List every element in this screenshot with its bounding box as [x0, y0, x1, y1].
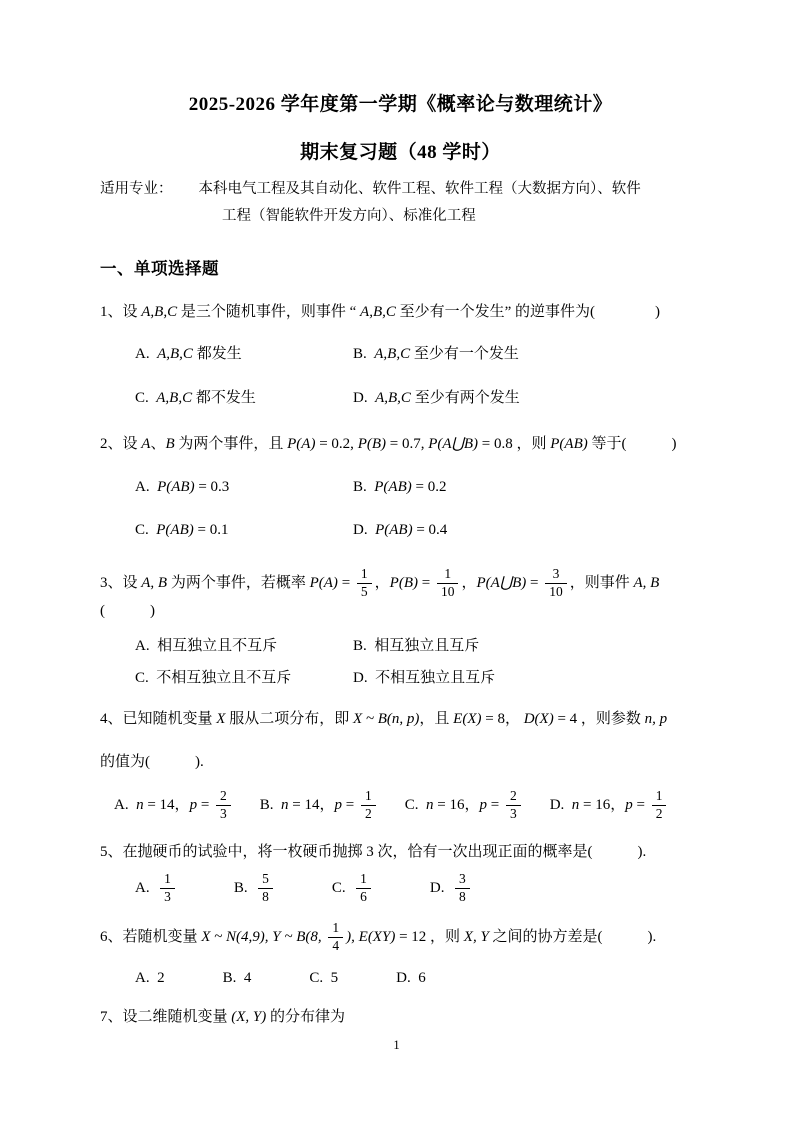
text-run: 、 — [150, 436, 165, 452]
fraction-numerator: 1 — [160, 871, 175, 889]
majors-line-1: 适用专业：本科电气工程及其自动化、软件工程、软件工程（大数据方向）、软件 — [100, 176, 701, 204]
math-expression: X ~ B(n, p) — [353, 711, 419, 727]
math-expression: P(A⋃B) — [476, 575, 526, 591]
text-run: = 14， — [144, 797, 190, 813]
math-expression: P(A⋃B) — [428, 436, 478, 452]
math-expression: E(X) — [453, 711, 481, 727]
math-expression: P(AB) — [374, 479, 411, 495]
text-run: B. 相互独立且互斥 — [353, 638, 479, 654]
math-expression: A,B,C — [141, 304, 177, 320]
question-2-stem: 2、设 A、B 为两个事件，且 P(A) = 0.2, P(B) = 0.7, … — [100, 433, 701, 456]
text-run: = — [338, 575, 354, 591]
question-3-option-c: C. 不相互独立且不互斥 — [135, 667, 353, 690]
math-expression: P(A) — [287, 436, 315, 452]
majors-text-line1: 本科电气工程及其自动化、软件工程、软件工程（大数据方向）、软件 — [199, 181, 641, 197]
fraction: 14 — [328, 920, 343, 955]
question-3-option-d: D. 不相互独立且互斥 — [353, 667, 701, 690]
text-run: B. — [353, 346, 374, 362]
fraction-denominator: 8 — [258, 889, 273, 906]
text-run: D. — [550, 797, 572, 813]
fraction: 23 — [506, 788, 521, 823]
question-4: 4、已知随机变量 X 服从二项分布，即 X ~ B(n, p)，且 E(X) =… — [100, 708, 701, 823]
text-run: D. 6 — [396, 970, 426, 986]
question-4-stem-line2: 的值为( ). — [100, 751, 701, 774]
question-1-option-c: C. A,B,C 都不发生 — [135, 387, 353, 410]
question-5-stem: 5、在抛硬币的试验中，将一枚硬币抛掷 3 次，恰有一次出现正面的概率是( ). — [100, 841, 701, 864]
text-run: 的值为( ). — [100, 754, 204, 770]
fraction: 15 — [357, 566, 372, 601]
text-run: A. — [135, 346, 157, 362]
math-expression: p — [479, 797, 487, 813]
majors-text-line2: 工程（智能软件开发方向）、标准化工程 — [100, 203, 701, 231]
section-heading-single-choice: 一、单项选择题 — [100, 255, 701, 279]
page-number: 1 — [0, 1038, 793, 1053]
question-2-option-a: A. P(AB) = 0.3 — [135, 476, 353, 499]
fraction-numerator: 1 — [328, 920, 343, 938]
math-expression: n — [281, 797, 289, 813]
text-run: = — [197, 797, 213, 813]
question-2-options: A. P(AB) = 0.3 B. P(AB) = 0.2 C. P(AB) =… — [100, 476, 701, 542]
text-run: C. — [405, 797, 426, 813]
question-4-option-d: D. n = 16，p = 12 — [550, 788, 670, 823]
text-run: B. — [260, 797, 281, 813]
question-4-option-c: C. n = 16，p = 23 — [405, 788, 524, 823]
question-3-option-a: A. 相互独立且不互斥 — [135, 635, 353, 658]
fraction-denominator: 3 — [216, 806, 231, 823]
text-run: = 12 ，则 — [395, 929, 463, 945]
question-1-options: A. A,B,C 都发生 B. A,B,C 至少有一个发生 C. A,B,C 都… — [100, 343, 701, 409]
text-run: A. — [135, 479, 157, 495]
text-run: D. 不相互独立且互斥 — [353, 670, 495, 686]
question-1-option-d: D. A,B,C 至少有两个发生 — [353, 387, 701, 410]
document-subtitle: 期末复习题（48 学时） — [100, 137, 701, 164]
question-4-option-b: B. n = 14，p = 12 — [260, 788, 379, 823]
text-run: C. — [332, 880, 353, 896]
text-run: = — [633, 797, 649, 813]
text-run: B. 4 — [223, 970, 252, 986]
fraction-numerator: 2 — [506, 788, 521, 806]
text-run: A. 相互独立且不互斥 — [135, 638, 277, 654]
text-run: = 0.2, — [315, 436, 357, 452]
text-run: = 0.3 — [195, 479, 230, 495]
text-run: = 0.7, — [386, 436, 428, 452]
question-6-option-a: A. 2 — [135, 967, 165, 990]
question-4-stem-line1: 4、已知随机变量 X 服从二项分布，即 X ~ B(n, p)，且 E(X) =… — [100, 708, 701, 731]
fraction-denominator: 5 — [357, 584, 372, 601]
fraction-denominator: 10 — [437, 584, 459, 601]
math-expression: p — [625, 797, 633, 813]
question-3-options: A. 相互独立且不互斥 B. 相互独立且互斥 C. 不相互独立且不互斥 D. 不… — [100, 635, 701, 690]
math-expression: n, p — [645, 711, 668, 727]
text-run: 的分布律为 — [266, 1009, 345, 1025]
text-run: ， — [461, 575, 476, 591]
math-expression: X, Y — [464, 929, 489, 945]
text-run: = 0.8 ，则 — [478, 436, 550, 452]
fraction: 38 — [455, 871, 470, 906]
question-4-option-a: A. n = 14，p = 23 — [114, 788, 234, 823]
question-3-option-b: B. 相互独立且互斥 — [353, 635, 701, 658]
math-expression: B — [165, 436, 174, 452]
text-run: A. — [135, 880, 157, 896]
math-expression: P(AB) — [375, 522, 412, 538]
text-run: ， — [375, 575, 390, 591]
text-run: C. 5 — [309, 970, 338, 986]
text-run: D. — [430, 880, 452, 896]
text-run: A. 2 — [135, 970, 165, 986]
applicable-majors-block: 适用专业：本科电气工程及其自动化、软件工程、软件工程（大数据方向）、软件 工程（… — [100, 176, 701, 231]
math-expression: P(B) — [390, 575, 418, 591]
question-5-option-b: B. 58 — [234, 871, 276, 906]
question-7: 7、设二维随机变量 (X, Y) 的分布律为 — [100, 1006, 701, 1029]
text-run: A. — [114, 797, 136, 813]
text-run: = 4 ，则参数 — [554, 711, 645, 727]
math-expression: P(A) — [310, 575, 338, 591]
math-expression: (X, Y) — [231, 1009, 266, 1025]
text-run: ，则事件 — [570, 575, 634, 591]
question-3: 3、设 A, B 为两个事件，若概率 P(A) = 15，P(B) = 110，… — [100, 566, 701, 690]
fraction-numerator: 1 — [357, 566, 372, 584]
question-6-option-c: C. 5 — [309, 967, 338, 990]
text-run: 1、设 — [100, 304, 141, 320]
text-run: 至少有一个发生” 的逆事件为( ) — [396, 304, 660, 320]
text-run: D. — [353, 522, 375, 538]
text-run: C. 不相互独立且不互斥 — [135, 670, 291, 686]
majors-label: 适用专业： — [100, 181, 173, 197]
text-run: = — [526, 575, 542, 591]
text-run: 都不发生 — [192, 390, 256, 406]
text-run: 等于( ) — [588, 436, 677, 452]
text-run: 4、已知随机变量 — [100, 711, 216, 727]
math-expression: A,B,C — [375, 390, 411, 406]
fraction-numerator: 5 — [258, 871, 273, 889]
text-run: 6、若随机变量 — [100, 929, 201, 945]
text-run: D. — [353, 390, 375, 406]
fraction-numerator: 1 — [361, 788, 376, 806]
question-6-option-d: D. 6 — [396, 967, 426, 990]
question-1-option-b: B. A,B,C 至少有一个发生 — [353, 343, 701, 366]
fraction-denominator: 4 — [328, 938, 343, 955]
math-expression: A, B — [634, 575, 660, 591]
question-1-stem: 1、设 A,B,C 是三个随机事件，则事件 “ A,B,C 至少有一个发生” 的… — [100, 301, 701, 324]
text-run: 5、在抛硬币的试验中，将一枚硬币抛掷 3 次，恰有一次出现正面的概率是( ). — [100, 844, 646, 860]
fraction: 16 — [356, 871, 371, 906]
text-run: = 0.2 — [412, 479, 447, 495]
math-expression: p — [335, 797, 343, 813]
question-2-option-b: B. P(AB) = 0.2 — [353, 476, 701, 499]
text-run: = 0.4 — [413, 522, 448, 538]
document-page: 2025-2026 学年度第一学期《概率论与数理统计》 期末复习题（48 学时）… — [0, 0, 793, 1029]
question-4-options: A. n = 14，p = 23 B. n = 14，p = 12 C. n =… — [100, 788, 701, 823]
fraction-denominator: 3 — [160, 889, 175, 906]
fraction-numerator: 3 — [455, 871, 470, 889]
fraction-numerator: 3 — [545, 566, 567, 584]
text-run: 至少有一个发生 — [410, 346, 519, 362]
fraction-denominator: 2 — [652, 806, 667, 823]
question-3-stem: 3、设 A, B 为两个事件，若概率 P(A) = 15，P(B) = 110，… — [100, 566, 701, 623]
question-6-options: A. 2 B. 4 C. 5 D. 6 — [100, 967, 701, 990]
question-1: 1、设 A,B,C 是三个随机事件，则事件 “ A,B,C 至少有一个发生” 的… — [100, 301, 701, 410]
fraction-numerator: 1 — [437, 566, 459, 584]
question-2: 2、设 A、B 为两个事件，且 P(A) = 0.2, P(B) = 0.7, … — [100, 433, 701, 542]
text-run: = 8， — [481, 711, 523, 727]
question-5-options: A. 13 B. 58 C. 16 D. 38 — [100, 871, 701, 906]
math-expression: X ~ N(4,9), Y ~ B(8, — [201, 929, 325, 945]
text-run: C. — [135, 522, 156, 538]
question-2-option-c: C. P(AB) = 0.1 — [135, 519, 353, 542]
text-run: = 16， — [434, 797, 480, 813]
text-run: ，且 — [419, 711, 453, 727]
question-5-option-d: D. 38 — [430, 871, 473, 906]
text-run: B. — [353, 479, 374, 495]
text-run: 为两个事件，若概率 — [167, 575, 310, 591]
text-run: = 0.1 — [194, 522, 229, 538]
fraction-numerator: 2 — [216, 788, 231, 806]
fraction-numerator: 1 — [652, 788, 667, 806]
question-1-option-a: A. A,B,C 都发生 — [135, 343, 353, 366]
math-expression: n — [426, 797, 434, 813]
text-run: 至少有两个发生 — [411, 390, 520, 406]
fraction: 110 — [437, 566, 459, 601]
text-run: B. — [234, 880, 255, 896]
fraction-denominator: 3 — [506, 806, 521, 823]
math-expression: A,B,C — [374, 346, 410, 362]
text-run: 7、设二维随机变量 — [100, 1009, 231, 1025]
question-6: 6、若随机变量 X ~ N(4,9), Y ~ B(8, 14), E(XY) … — [100, 920, 701, 989]
math-expression: P(AB) — [156, 522, 193, 538]
question-5: 5、在抛硬币的试验中，将一枚硬币抛掷 3 次，恰有一次出现正面的概率是( ). … — [100, 841, 701, 906]
fraction-denominator: 6 — [356, 889, 371, 906]
text-run: 都发生 — [193, 346, 242, 362]
fraction: 310 — [545, 566, 567, 601]
text-run: = — [487, 797, 503, 813]
fraction-numerator: 1 — [356, 871, 371, 889]
fraction: 12 — [361, 788, 376, 823]
question-6-option-b: B. 4 — [223, 967, 252, 990]
text-run: 2、设 — [100, 436, 141, 452]
question-5-option-c: C. 16 — [332, 871, 374, 906]
text-run: 为两个事件，且 — [175, 436, 288, 452]
fraction-denominator: 2 — [361, 806, 376, 823]
math-expression: P(B) — [358, 436, 386, 452]
text-run: 是三个随机事件，则事件 “ — [177, 304, 360, 320]
question-5-option-a: A. 13 — [135, 871, 178, 906]
text-run: = — [418, 575, 434, 591]
question-6-stem: 6、若随机变量 X ~ N(4,9), Y ~ B(8, 14), E(XY) … — [100, 920, 701, 955]
text-run: = — [342, 797, 358, 813]
math-expression: A,B,C — [360, 304, 396, 320]
math-expression: D(X) — [524, 711, 554, 727]
math-expression: p — [190, 797, 198, 813]
fraction: 23 — [216, 788, 231, 823]
text-run: 之间的协方差是( ). — [489, 929, 657, 945]
math-expression: P(AB) — [550, 436, 587, 452]
math-expression: A, B — [141, 575, 167, 591]
text-run: = 14， — [289, 797, 335, 813]
math-expression: ), E(XY) — [346, 929, 395, 945]
question-2-option-d: D. P(AB) = 0.4 — [353, 519, 701, 542]
text-run: 服从二项分布，即 — [225, 711, 353, 727]
text-run: 3、设 — [100, 575, 141, 591]
fraction-denominator: 10 — [545, 584, 567, 601]
document-title: 2025-2026 学年度第一学期《概率论与数理统计》 — [100, 92, 701, 118]
math-expression: A,B,C — [156, 390, 192, 406]
fraction: 58 — [258, 871, 273, 906]
text-run: = 16， — [579, 797, 625, 813]
text-run: C. — [135, 390, 156, 406]
fraction-denominator: 8 — [455, 889, 470, 906]
math-expression: n — [136, 797, 144, 813]
fraction: 13 — [160, 871, 175, 906]
question-7-stem: 7、设二维随机变量 (X, Y) 的分布律为 — [100, 1006, 701, 1029]
fraction: 12 — [652, 788, 667, 823]
math-expression: P(AB) — [157, 479, 194, 495]
math-expression: A,B,C — [157, 346, 193, 362]
